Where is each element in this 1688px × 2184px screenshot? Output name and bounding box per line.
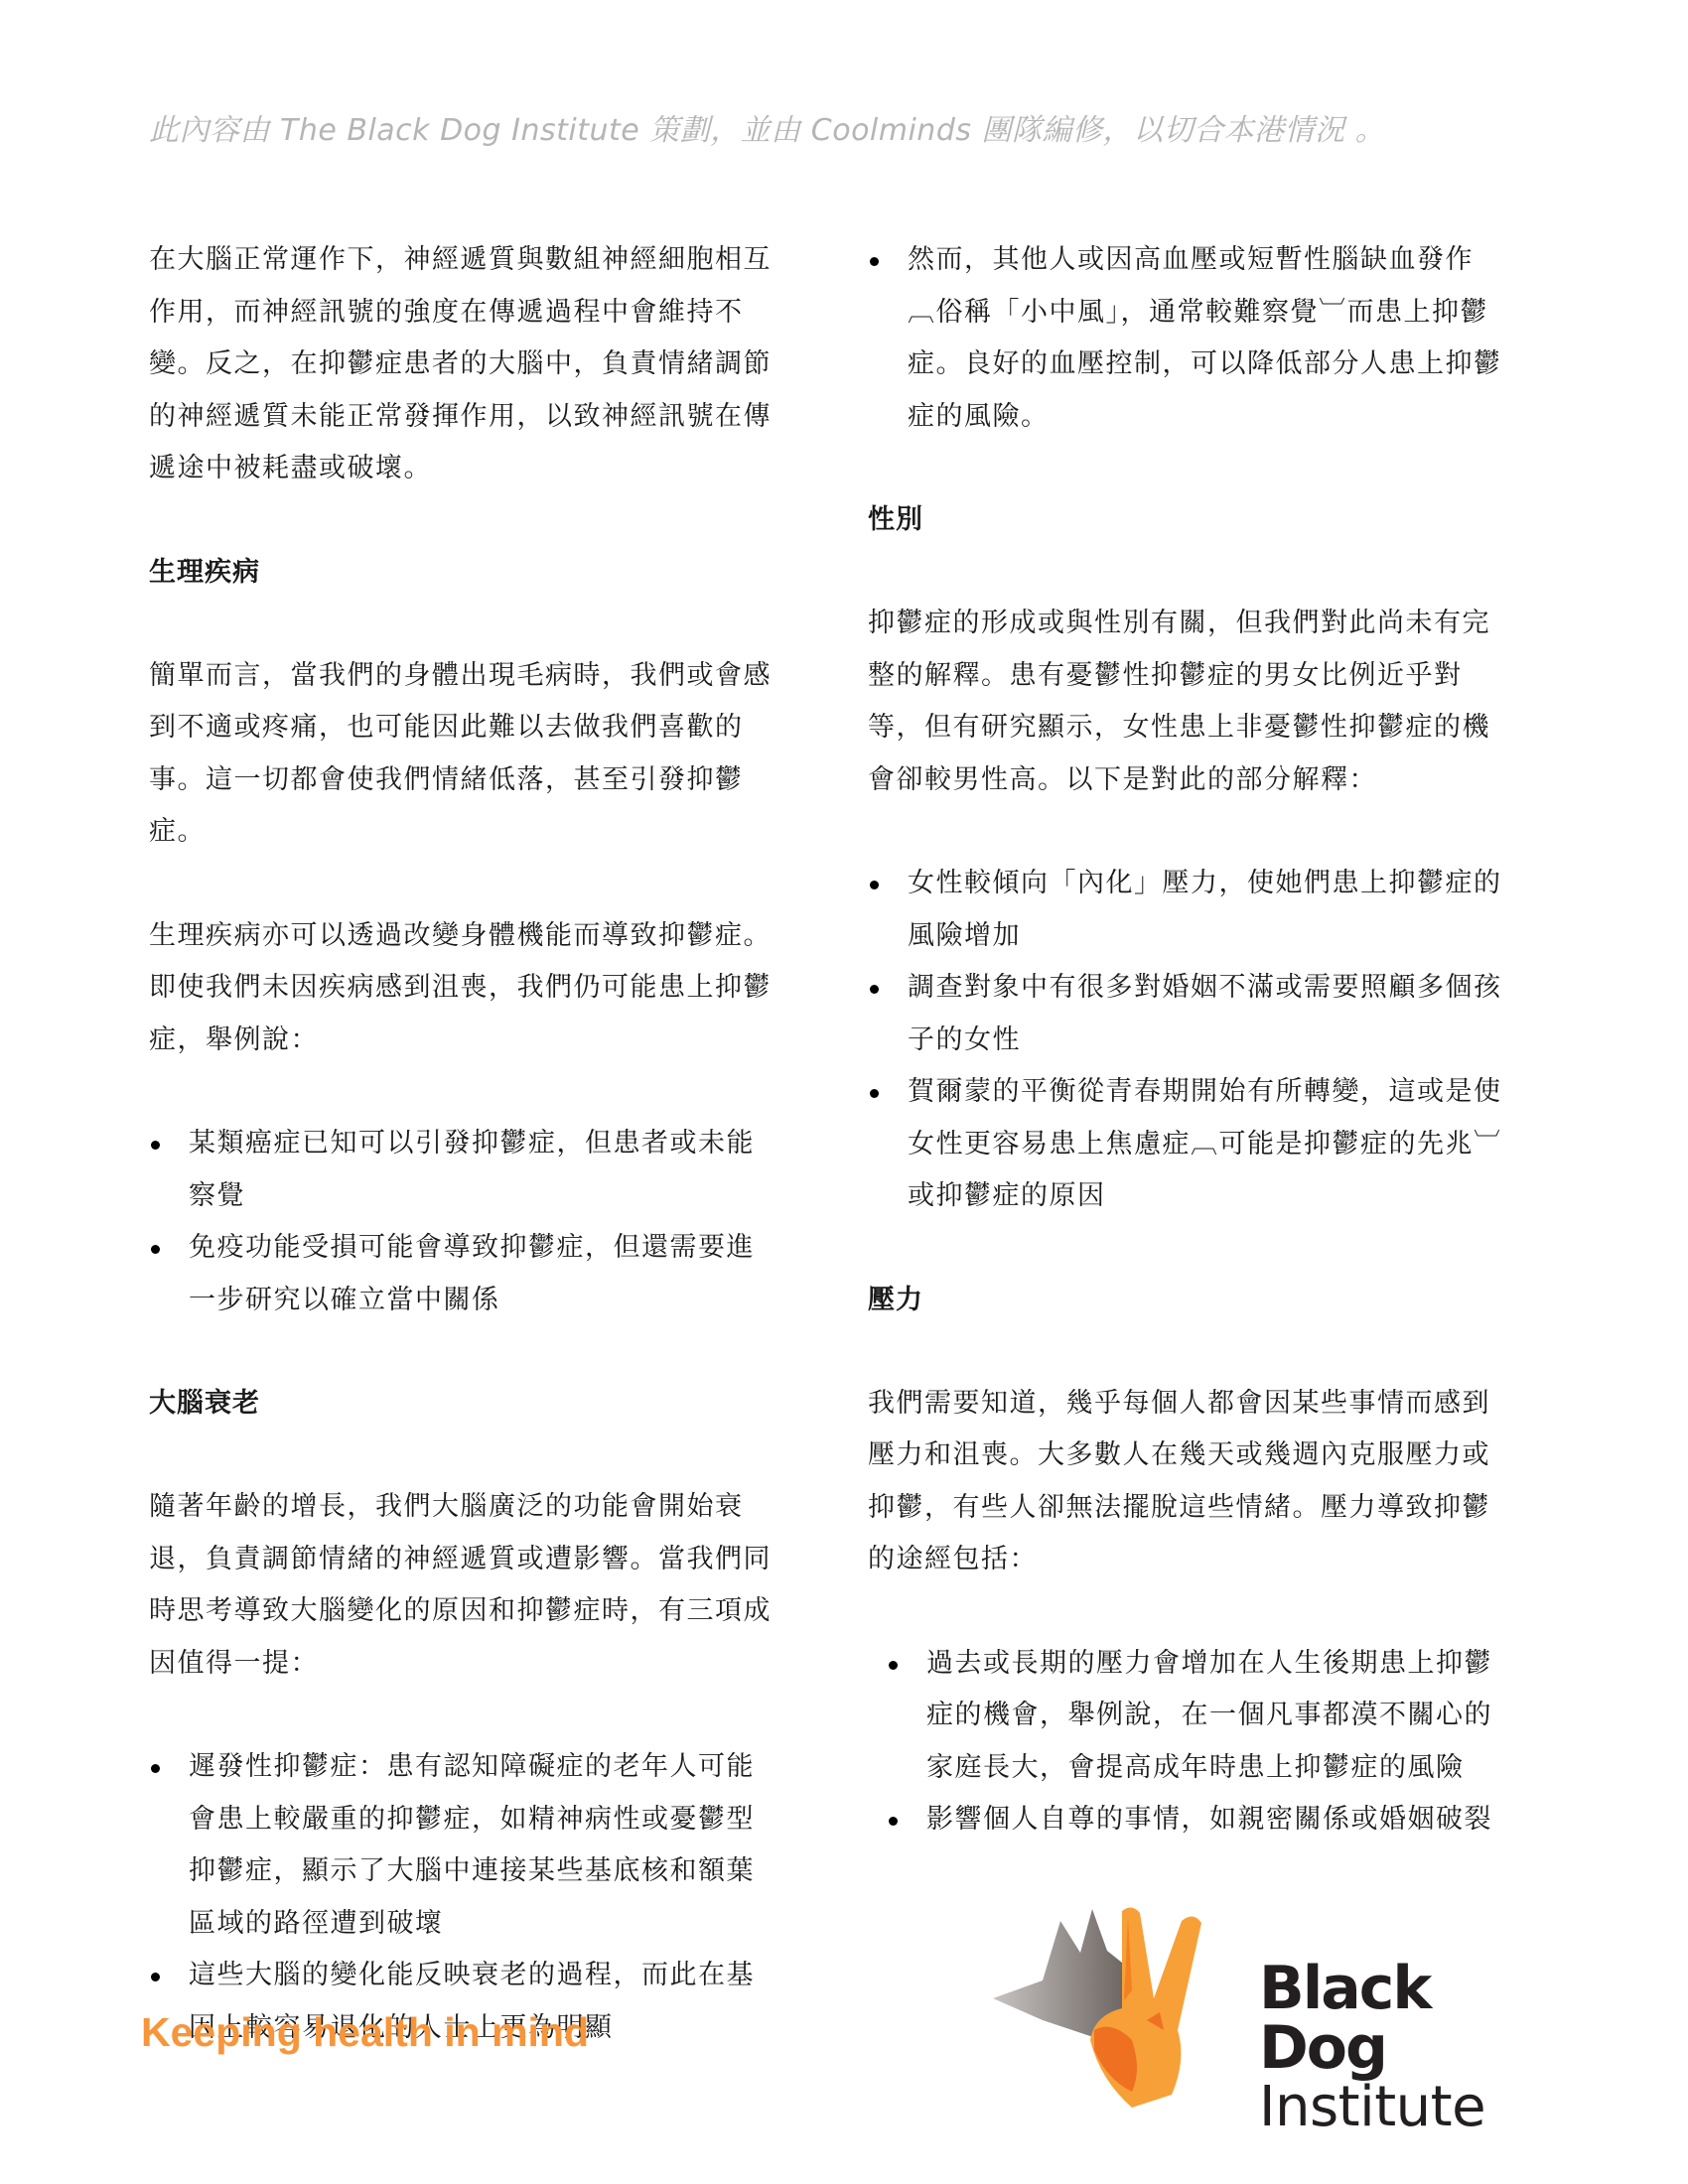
list-item: 免疫功能受損可能會導致抑鬱症，但還需要進一步研究以確立當中關係	[149, 1222, 774, 1326]
right-column: 然而，其他人或因高血壓或短暫性腦缺血發作︹俗稱「小中風」，通常較難察覺︺而患上抑…	[868, 234, 1503, 1898]
list-item: 某類癌症已知可以引發抑鬱症，但患者或未能察覺	[149, 1118, 774, 1222]
bullet-icon	[151, 1764, 160, 1773]
list-item: 賀爾蒙的平衡從青春期開始有所轉變，這或是使女性更容易患上焦慮症︹可能是抑鬱症的先…	[868, 1066, 1503, 1223]
section-heading-stress: 壓力	[868, 1275, 1503, 1326]
gender-list: 女性較傾向「內化」壓力，使她們患上抑鬱症的風險增加 調查對象中有很多對婚姻不滿或…	[868, 858, 1503, 1223]
bullet-icon	[889, 1817, 898, 1826]
logo-wordmark: Black Dog Institute	[1259, 1959, 1539, 2135]
stress-paragraph: 我們需要知道，幾乎每個人都會因某些事情而感到壓力和沮喪。大多數人在幾天或幾週內克…	[868, 1378, 1503, 1586]
black-dog-institute-logo: Black Dog Institute	[983, 1881, 1539, 2110]
bullet-icon	[151, 1141, 160, 1150]
bullet-icon	[151, 1973, 160, 1981]
brain-aging-list: 遲發性抑鬱症：患有認知障礙症的老年人可能會患上較嚴重的抑鬱症，如精神病性或憂鬱型…	[149, 1741, 774, 2054]
bullet-icon	[870, 881, 879, 889]
left-column: 在大腦正常運作下，神經遞質與數組神經細胞相互作用，而神經訊號的強度在傳遞過程中會…	[149, 234, 774, 2106]
list-item: 遲發性抑鬱症：患有認知障礙症的老年人可能會患上較嚴重的抑鬱症，如精神病性或憂鬱型…	[149, 1741, 774, 1950]
bullet-icon	[151, 1245, 160, 1254]
physical-illness-paragraph-1: 簡單而言，當我們的身體出現毛病時，我們或會感到不適或疼痛，也可能因此難以去做我們…	[149, 650, 774, 859]
physical-illness-paragraph-2: 生理疾病亦可以透過改變身體機能而導致抑鬱症。即使我們未因疾病感到沮喪，我們仍可能…	[149, 910, 774, 1067]
stress-list: 過去或長期的壓力會增加在人生後期患上抑鬱症的機會，舉例說，在一個凡事都漠不關心的…	[887, 1638, 1503, 1846]
list-item: 過去或長期的壓力會增加在人生後期患上抑鬱症的機會，舉例說，在一個凡事都漠不關心的…	[887, 1638, 1503, 1795]
intro-paragraph: 在大腦正常運作下，神經遞質與數組神經細胞相互作用，而神經訊號的強度在傳遞過程中會…	[149, 234, 774, 495]
logo-line-1: Black Dog	[1259, 1959, 1539, 2078]
header-note: 此內容由 The Black Dog Institute 策劃，並由 Coolm…	[149, 105, 1559, 149]
bullet-icon	[870, 985, 879, 994]
list-item: 調查對象中有很多對婚姻不滿或需要照顧多個孩子的女性	[868, 962, 1503, 1066]
dog-shadow-hand-icon	[983, 1881, 1251, 2110]
section-heading-physical-illness: 生理疾病	[149, 547, 774, 599]
list-item: 影響個人自尊的事情，如親密關係或婚姻破裂	[887, 1794, 1503, 1846]
tagline: Keeping health in mind	[141, 2009, 589, 2056]
logo-line-2: Institute	[1259, 2080, 1539, 2135]
gender-paragraph: 抑鬱症的形成或與性別有關，但我們對此尚未有完整的解釋。患有憂鬱性抑鬱症的男女比例…	[868, 598, 1503, 806]
list-item: 女性較傾向「內化」壓力，使她們患上抑鬱症的風險增加	[868, 858, 1503, 962]
bullet-icon	[870, 257, 879, 266]
brain-aging-paragraph: 隨著年齡的增長，我們大腦廣泛的功能會開始衰退，負責調節情緒的神經遞質或遭影響。當…	[149, 1481, 774, 1690]
bullet-icon	[870, 1089, 879, 1098]
section-heading-gender: 性別	[868, 494, 1503, 546]
list-item: 然而，其他人或因高血壓或短暫性腦缺血發作︹俗稱「小中風」，通常較難察覺︺而患上抑…	[868, 234, 1503, 443]
continued-list: 然而，其他人或因高血壓或短暫性腦缺血發作︹俗稱「小中風」，通常較難察覺︺而患上抑…	[868, 234, 1503, 443]
section-heading-brain-aging: 大腦衰老	[149, 1378, 774, 1430]
physical-illness-list: 某類癌症已知可以引發抑鬱症，但患者或未能察覺 免疫功能受損可能會導致抑鬱症，但還…	[149, 1118, 774, 1326]
bullet-icon	[889, 1661, 898, 1670]
